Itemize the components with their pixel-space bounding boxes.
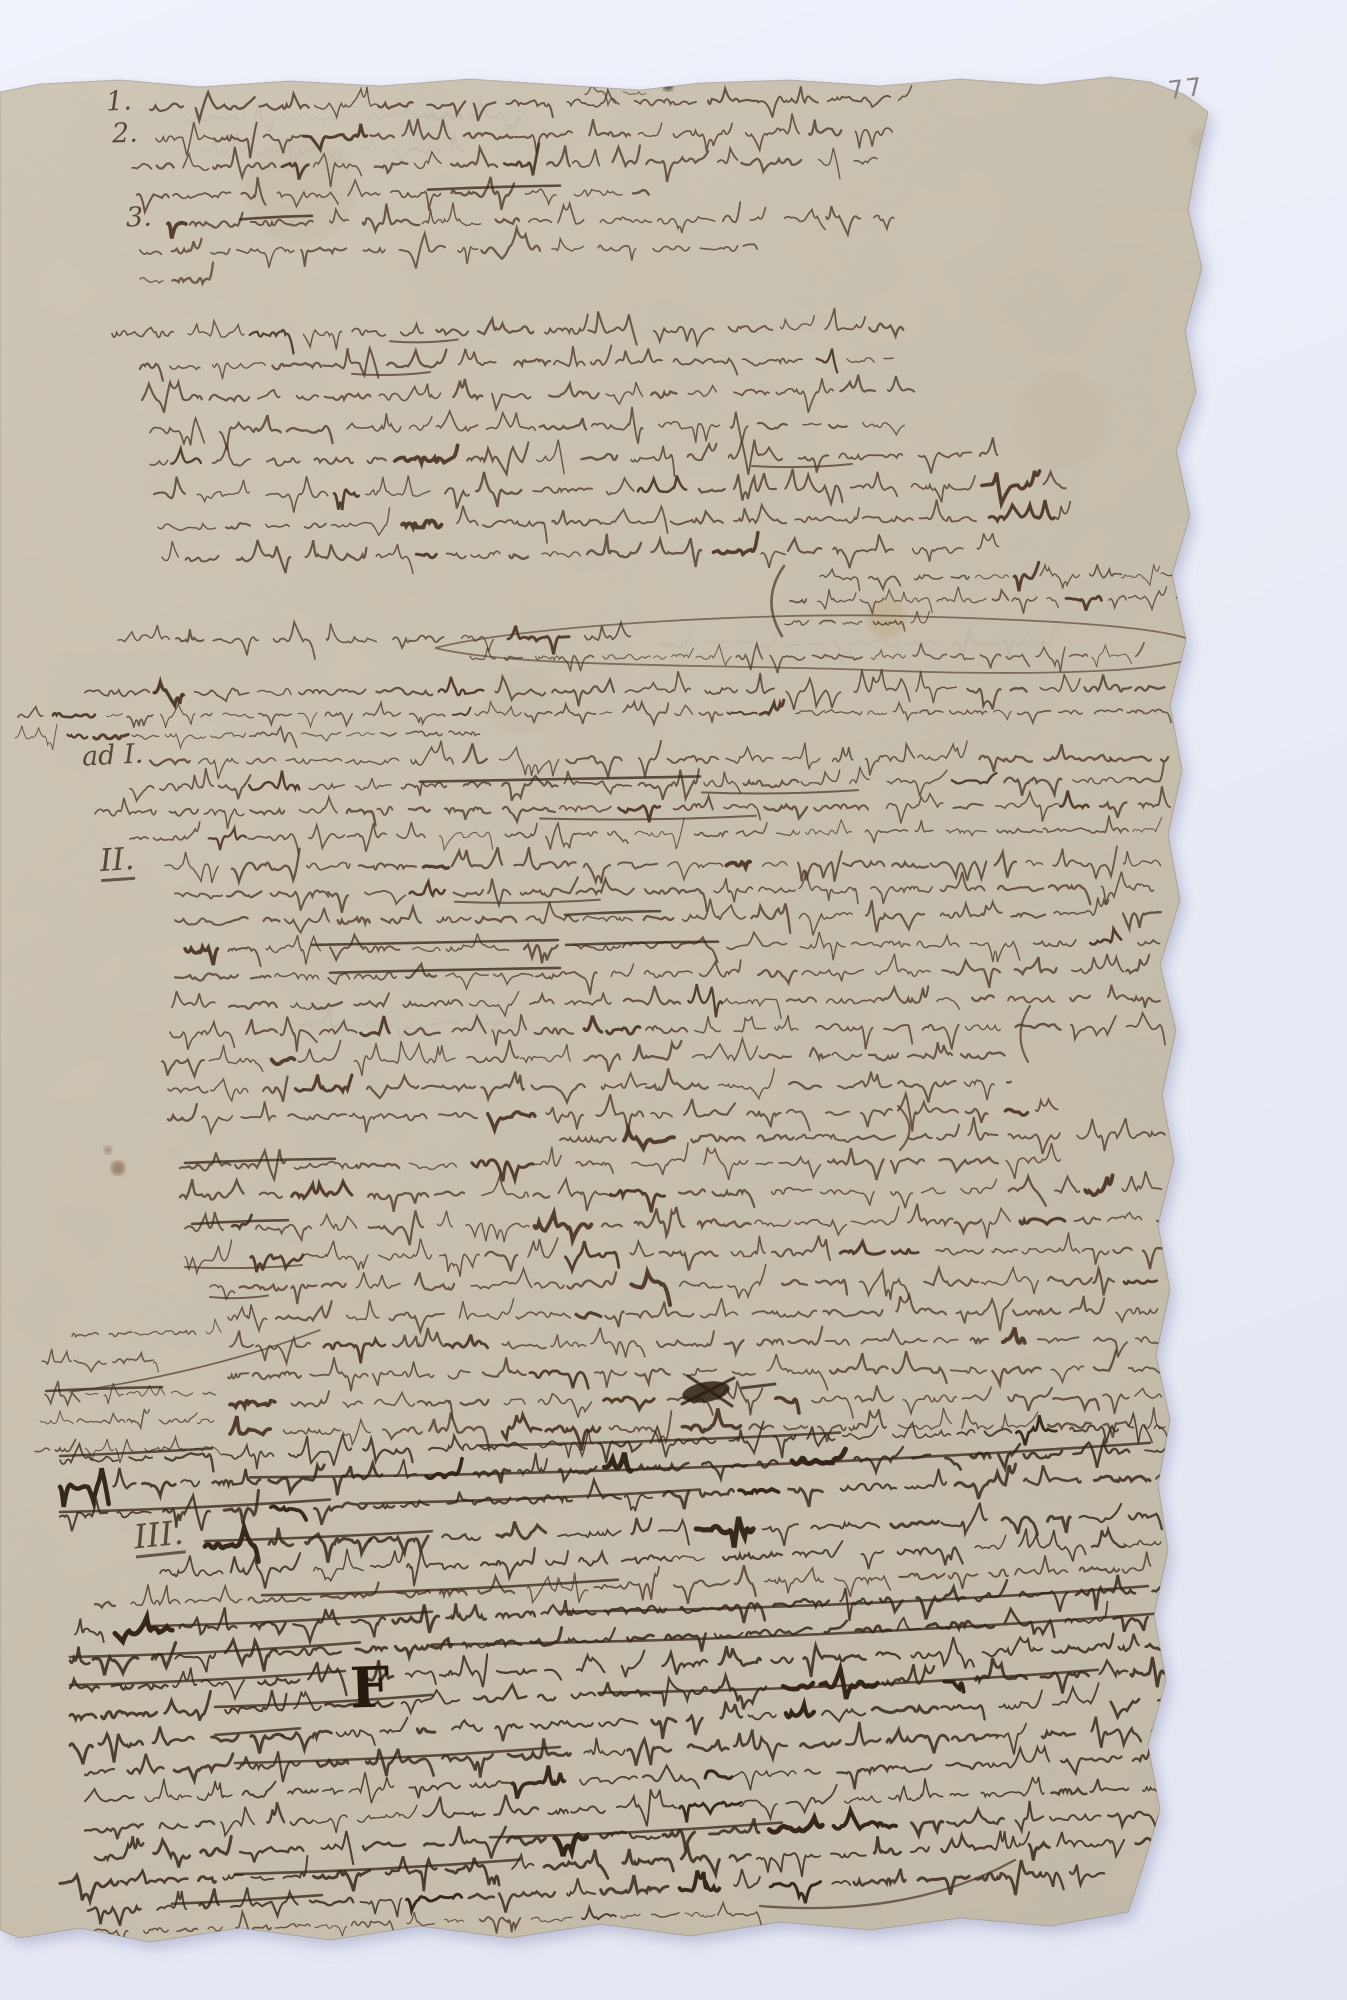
page-number: 77 <box>1166 72 1205 105</box>
manuscript-scan <box>0 0 1347 2000</box>
scanner-background: 77 1.2.3.ad I.II.III.F <box>0 0 1347 2000</box>
